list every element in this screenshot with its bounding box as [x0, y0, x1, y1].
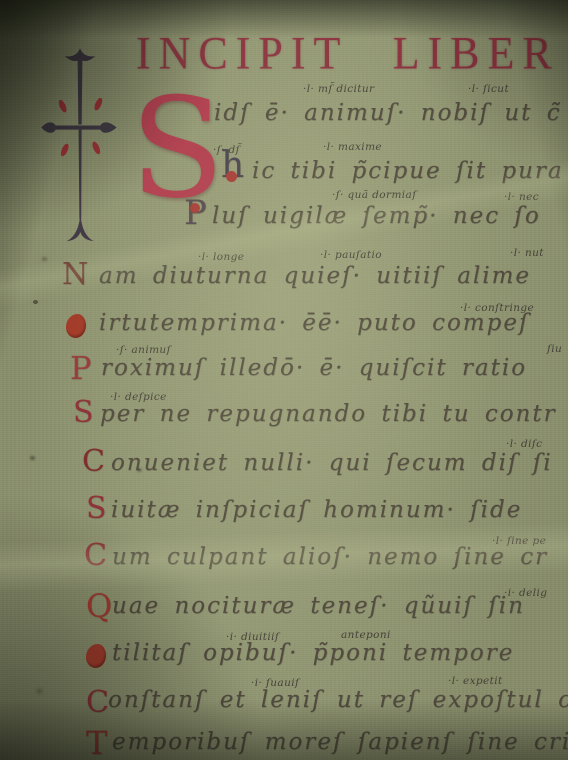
line-initial-6: P	[70, 352, 92, 384]
interlinear-gloss-4: ·l· maxime	[323, 141, 382, 153]
verse-line-11: uae nocituræ teneſ· qũuiſ ſin	[112, 593, 525, 619]
line-initial-9: S	[86, 494, 107, 524]
verse-line-12: tilitaſ opibuſ· p̃poni tempore	[112, 640, 514, 666]
interlinear-gloss-7: ·l· longe	[198, 251, 244, 263]
line-initial-11: Q	[86, 590, 112, 622]
interlinear-gloss-5: ·ſ· quã dormiaſ	[332, 189, 417, 201]
verse-line-13: onſtanſ et leniſ ut reſ expoſtul ce	[108, 687, 568, 713]
verse-line-7: per ne repugnando tibi tu contr	[100, 401, 557, 427]
line-initial-8: C	[82, 447, 105, 477]
interlinear-gloss-19: ·i· ſuauiſ	[251, 677, 299, 689]
initial-red-dot-3	[190, 203, 200, 213]
interlinear-gloss-6: ·l· nec	[504, 191, 539, 203]
interlinear-gloss-17: ·i· diuitiiſ	[226, 631, 279, 643]
interlinear-gloss-20: ·l· expetit	[448, 675, 503, 687]
cross-ornament-icon	[34, 44, 126, 258]
interlinear-gloss-16: ·i· delig	[504, 587, 547, 599]
line-initial-14: T	[86, 727, 107, 759]
verse-line-2: ic tibi p̃cipue ſit pura	[252, 158, 564, 184]
line-initial-10: C	[84, 541, 107, 571]
interlinear-gloss-3: ·ſ· dſ̃	[213, 144, 240, 156]
initial-red-dot-2	[226, 171, 237, 182]
verse-line-4: am diuturna quieſ· uitiiſ alime	[99, 263, 531, 289]
interlinear-gloss-2: ·l· ſicut	[468, 83, 509, 95]
interlinear-gloss-1: ·l· mſ̃ dicitur	[303, 83, 374, 95]
interlinear-gloss-12: ·ſ· animuſ	[116, 344, 171, 356]
interlinear-gloss-10: ·l· conſtringe	[460, 302, 534, 314]
interlinear-gloss-14: ·l· diſc	[506, 438, 542, 450]
verse-line-14: emporibuſ moreſ ſapienſ ſine crim	[112, 729, 568, 755]
cross-shape	[41, 48, 116, 241]
line-initial-3: P	[184, 196, 207, 230]
parchment-page: INCIPIT LIBER B S idſ ē· animuſ· nobiſ u…	[0, 0, 568, 760]
verse-line-10: um culpant alioſ· nemo ſine cr	[112, 544, 548, 570]
line-initial-12: V	[86, 644, 106, 668]
verse-line-3: luſ uigilæ ſemp̃· nec ſo	[212, 203, 541, 229]
line-initial-13: C	[86, 688, 109, 718]
verse-line-8: onueniet nulli· qui ſecum diſ ſi	[111, 450, 553, 476]
line-initial-5: V	[66, 314, 86, 338]
verse-line-6: roximuſ illedō· ē· quiſcit ratio	[101, 355, 527, 381]
interlinear-gloss-13: ·l· deſpice	[110, 391, 167, 403]
drop-cap-initial: S	[130, 80, 225, 218]
verse-line-1: idſ ē· animuſ· nobiſ ut c̃	[214, 100, 562, 126]
line-initial-7: S	[73, 398, 94, 428]
verse-line-9: iuitæ inſpiciaſ hominum· ſide	[111, 497, 522, 523]
interlinear-gloss-18: anteponi	[341, 629, 391, 641]
line-initial-4: N	[62, 260, 88, 290]
parchment-blemishes	[33, 300, 38, 304]
interlinear-gloss-11: ſiu	[547, 343, 562, 355]
interlinear-gloss-9: ·l· nut	[510, 247, 544, 259]
interlinear-gloss-8: ·l· pauſatio	[320, 249, 382, 261]
interlinear-gloss-15: ·l· ſine pe	[492, 535, 546, 547]
